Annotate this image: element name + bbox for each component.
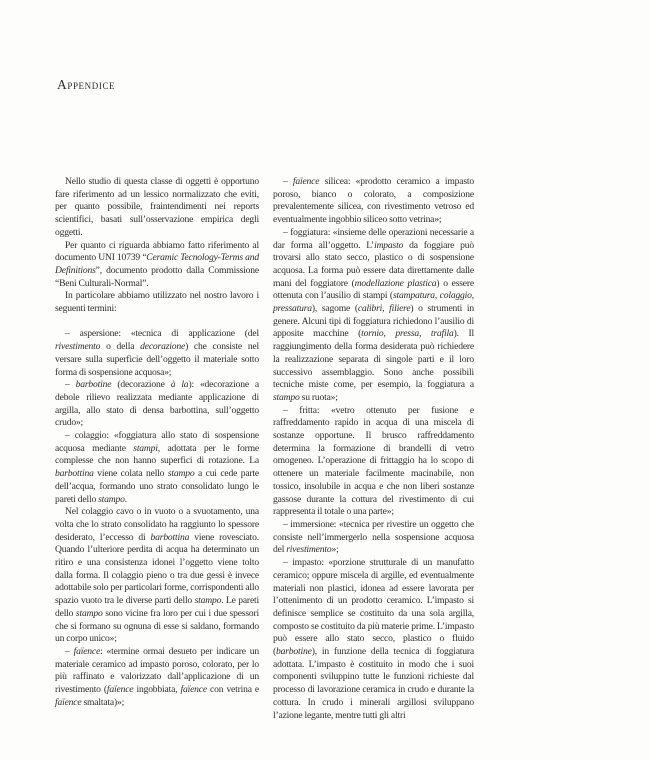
italic-term: colaggio: [440, 290, 472, 301]
italic-term: faïence: [74, 646, 100, 657]
italic-term: faïence: [293, 176, 319, 187]
italic-term: stampatura: [393, 290, 435, 301]
page-title: Appendice: [57, 77, 115, 93]
paragraph: – fritta: «vetro ottenuto per fusione e …: [273, 405, 474, 519]
italic-term: stampi: [133, 443, 158, 454]
italic-term: tornio: [361, 328, 383, 339]
paragraph: – colaggio: «foggiatura allo stato di so…: [55, 430, 259, 506]
italic-term: stampo: [98, 494, 125, 505]
italic-term: calibri: [358, 303, 382, 314]
italic-term: barbotine: [76, 379, 112, 390]
text-segment: –: [65, 646, 74, 657]
text-segment: Nello studio di questa classe di oggetti…: [55, 176, 259, 238]
italic-term: stampo: [76, 608, 103, 619]
document-page: Appendice Nello studio di questa classe …: [0, 0, 650, 760]
paragraph: – immersione: «tecnica per rivestire un …: [273, 519, 474, 557]
text-segment: –: [65, 379, 76, 390]
text-segment: ingobbiata,: [133, 684, 180, 695]
text-segment: o della: [100, 341, 140, 352]
italic-term: barbottina: [55, 468, 94, 479]
italic-term: faïence: [180, 684, 206, 695]
italic-term: trafila: [431, 328, 454, 339]
text-segment: (decorazione: [111, 379, 170, 390]
text-segment: – impasto: «porzione strutturale di un m…: [273, 557, 474, 657]
paragraph: – foggiatura: «insieme delle operazioni …: [273, 227, 474, 405]
paragraph: Per quanto ci riguarda abbiamo fatto rif…: [55, 240, 259, 291]
italic-term: stampo: [273, 392, 300, 403]
italic-term: stampo: [168, 468, 195, 479]
text-segment: –: [283, 176, 293, 187]
paragraph: Nello studio di questa classe di oggetti…: [55, 176, 259, 240]
text-segment: ), in funzione della tecnica di foggiatu…: [273, 646, 474, 721]
paragraph: Nel colaggio cavo o in vuoto o a svuotam…: [55, 506, 259, 646]
text-segment: – fritta: «vetro ottenuto per fusione e …: [273, 405, 474, 518]
paragraph: – impasto: «porzione strutturale di un m…: [273, 557, 474, 722]
italic-term: decorazione: [140, 341, 185, 352]
text-segment: su ruota»;: [300, 392, 338, 403]
italic-term: impasto: [374, 240, 403, 251]
text-segment: ,: [472, 290, 474, 301]
italic-term: pressa: [395, 328, 419, 339]
paragraph: – barbotine (decorazione à la): «decoraz…: [55, 379, 259, 430]
text-segment: In particolare abbiamo utilizzato nel no…: [55, 290, 259, 314]
paragraph: In particolare abbiamo utilizzato nel no…: [55, 290, 259, 315]
text-segment: – aspersione: «tecnica di applicazione (…: [65, 328, 259, 339]
italic-term: filiere: [389, 303, 410, 314]
text-segment: ), sagome (: [312, 303, 358, 314]
italic-term: rivestimento: [55, 341, 100, 352]
text-block: Nello studio di questa classe di oggetti…: [55, 176, 475, 722]
text-column-right: – faïence silicea: «prodotto ceramico a …: [273, 176, 474, 722]
italic-term: faïence: [107, 684, 133, 695]
text-segment: smaltata)»;: [81, 697, 124, 708]
italic-term: faïence: [55, 697, 81, 708]
paragraph: – faïence: «termine ormai desueto per in…: [55, 646, 259, 710]
text-column-left: Nello studio di questa classe di oggetti…: [55, 176, 259, 722]
italic-term: pressatura: [273, 303, 312, 314]
paragraph: – aspersione: «tecnica di applicazione (…: [55, 328, 259, 379]
paragraph: – faïence silicea: «prodotto ceramico a …: [273, 176, 474, 227]
italic-term: stampo: [195, 595, 222, 606]
text-segment: ,: [384, 328, 396, 339]
italic-term: modellazione plastica: [355, 278, 437, 289]
italic-term: barbotine: [276, 646, 312, 657]
text-segment: con vetrina e: [207, 684, 259, 695]
italic-term: barbottina: [151, 532, 190, 543]
text-segment: viene colata nello: [94, 468, 168, 479]
italic-term: rivestimento: [286, 544, 331, 555]
italic-term: à la: [171, 379, 189, 390]
text-segment: ,: [419, 328, 431, 339]
text-segment: .: [125, 494, 127, 505]
text-segment: »;: [331, 544, 338, 555]
